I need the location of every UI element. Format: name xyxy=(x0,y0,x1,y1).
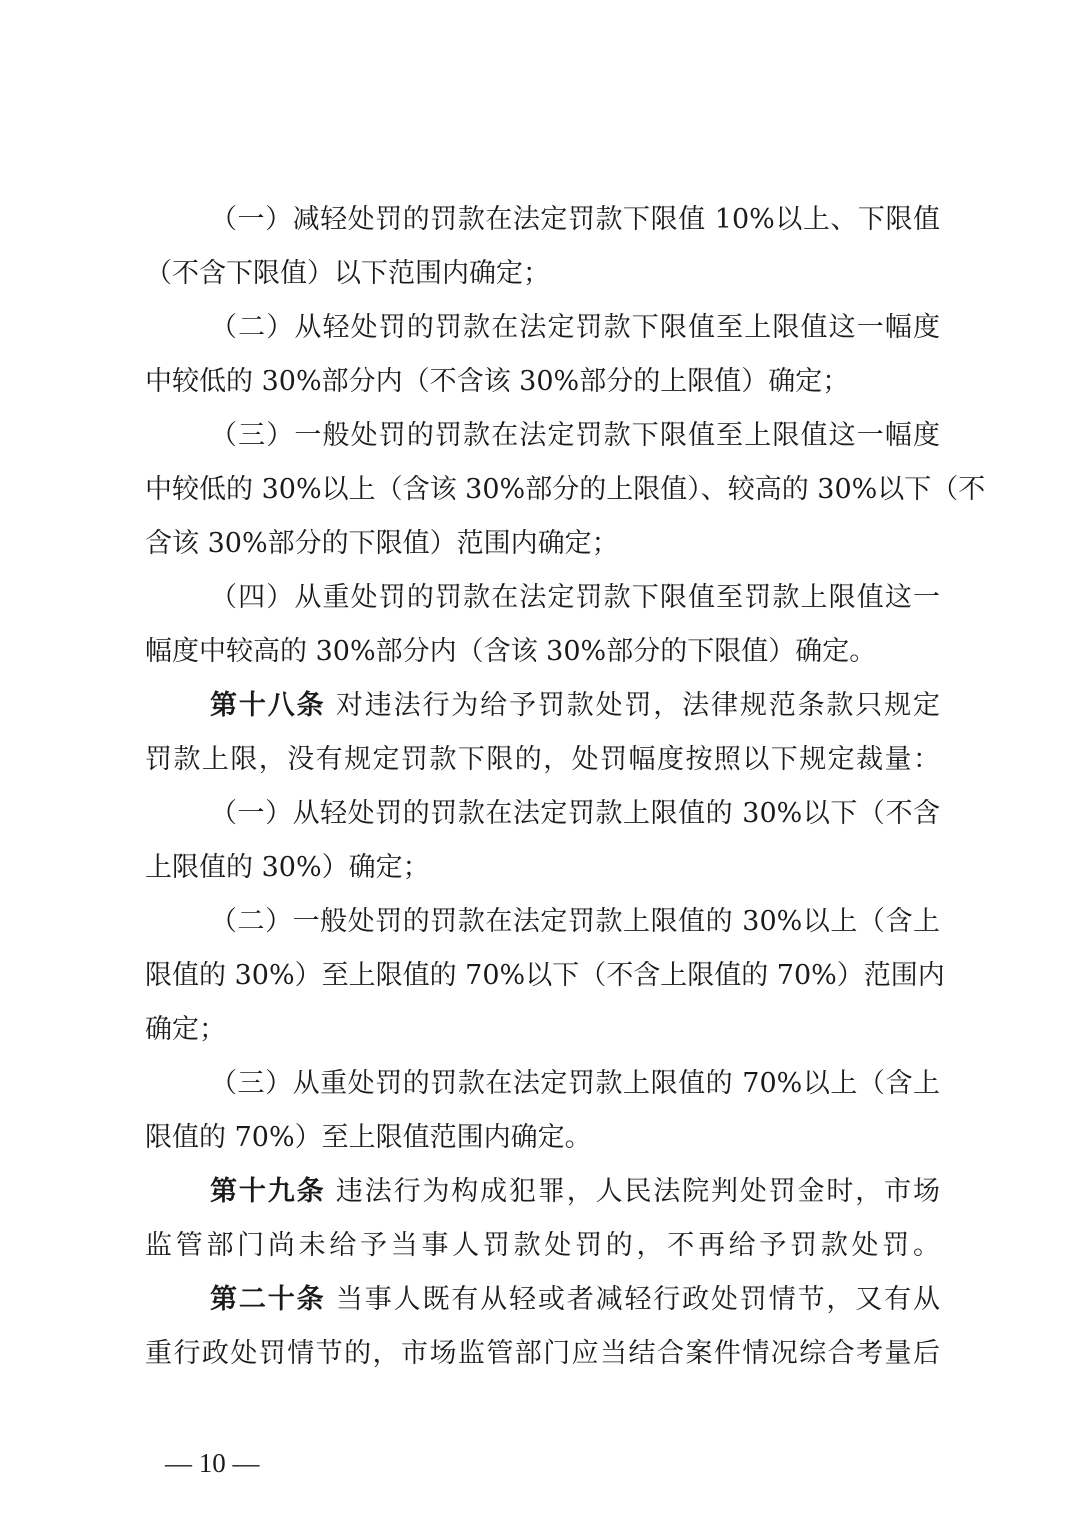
article-number: 第十九条 xyxy=(210,1176,325,1207)
line-text: 重行政处罚情节的，市场监管部门应当结合案件情况综合考量后 xyxy=(145,1338,940,1369)
article-heading-line: 第十九条 违法行为构成犯罪，人民法院判处罚金时，市场 xyxy=(210,1172,940,1212)
text-line: 重行政处罚情节的，市场监管部门应当结合案件情况综合考量后 xyxy=(145,1334,940,1374)
line-text: （一）从轻处罚的罚款在法定罚款上限值的 30%以下（不含 xyxy=(210,798,940,829)
text-line: 中较低的 30%部分内（不含该 30%部分的上限值）确定； xyxy=(145,362,940,402)
line-text: （四）从重处罚的罚款在法定罚款下限值至罚款上限值这一 xyxy=(210,582,940,613)
line-text: 中较低的 30%部分内（不含该 30%部分的上限值）确定； xyxy=(145,366,849,397)
text-line: （二）从轻处罚的罚款在法定罚款下限值至上限值这一幅度 xyxy=(210,308,940,348)
text-line: 罚款上限，没有规定罚款下限的，处罚幅度按照以下规定裁量： xyxy=(145,740,940,780)
text-line: （不含下限值）以下范围内确定； xyxy=(145,254,940,294)
text-line: （二）一般处罚的罚款在法定罚款上限值的 30%以上（含上 xyxy=(210,902,940,942)
document-page: （一）减轻处罚的罚款在法定罚款下限值 10%以上、下限值（不含下限值）以下范围内… xyxy=(0,0,1074,1520)
line-text: （一）减轻处罚的罚款在法定罚款下限值 10%以上、下限值 xyxy=(210,204,940,235)
article-number: 第二十条 xyxy=(210,1284,325,1315)
line-text: 对违法行为给予罚款处罚，法律规范条款只规定 xyxy=(325,690,940,721)
page-number: — 10 — xyxy=(165,1448,260,1479)
line-text: 当事人既有从轻或者减轻行政处罚情节，又有从 xyxy=(325,1284,940,1315)
line-text: （三）一般处罚的罚款在法定罚款下限值至上限值这一幅度 xyxy=(210,420,940,451)
line-text: （二）一般处罚的罚款在法定罚款上限值的 30%以上（含上 xyxy=(210,906,940,937)
text-line: 限值的 30%）至上限值的 70%以下（不含上限值的 70%）范围内 xyxy=(145,956,940,996)
text-line: 监管部门尚未给予当事人罚款处罚的，不再给予罚款处罚。 xyxy=(145,1226,940,1266)
article-number: 第十八条 xyxy=(210,690,325,721)
text-line: 确定； xyxy=(145,1010,940,1050)
line-text: （不含下限值）以下范围内确定； xyxy=(145,258,550,289)
line-text: 监管部门尚未给予当事人罚款处罚的，不再给予罚款处罚。 xyxy=(145,1230,940,1261)
text-line: 限值的 70%）至上限值范围内确定。 xyxy=(145,1118,940,1158)
line-text: （三）从重处罚的罚款在法定罚款上限值的 70%以上（含上 xyxy=(210,1068,940,1099)
line-text: 幅度中较高的 30%部分内（含该 30%部分的下限值）确定。 xyxy=(145,636,876,667)
line-text: 限值的 70%）至上限值范围内确定。 xyxy=(145,1122,592,1153)
text-line: 含该 30%部分的下限值）范围内确定； xyxy=(145,524,940,564)
text-line: （四）从重处罚的罚款在法定罚款下限值至罚款上限值这一 xyxy=(210,578,940,618)
text-line: （一）从轻处罚的罚款在法定罚款上限值的 30%以下（不含 xyxy=(210,794,940,834)
text-line: 上限值的 30%）确定； xyxy=(145,848,940,888)
line-text: 确定； xyxy=(145,1014,226,1045)
text-line: （一）减轻处罚的罚款在法定罚款下限值 10%以上、下限值 xyxy=(210,200,940,240)
line-text: 限值的 30%）至上限值的 70%以下（不含上限值的 70%）范围内 xyxy=(145,960,945,991)
line-text: 违法行为构成犯罪，人民法院判处罚金时，市场 xyxy=(325,1176,940,1207)
line-text: （二）从轻处罚的罚款在法定罚款下限值至上限值这一幅度 xyxy=(210,312,940,343)
text-line: 幅度中较高的 30%部分内（含该 30%部分的下限值）确定。 xyxy=(145,632,940,672)
line-text: 上限值的 30%）确定； xyxy=(145,852,430,883)
article-heading-line: 第二十条 当事人既有从轻或者减轻行政处罚情节，又有从 xyxy=(210,1280,940,1320)
line-text: 中较低的 30%以上（含该 30%部分的上限值）、较高的 30%以下（不 xyxy=(145,474,985,505)
text-line: （三）一般处罚的罚款在法定罚款下限值至上限值这一幅度 xyxy=(210,416,940,456)
line-text: 含该 30%部分的下限值）范围内确定； xyxy=(145,528,619,559)
article-heading-line: 第十八条 对违法行为给予罚款处罚，法律规范条款只规定 xyxy=(210,686,940,726)
text-line: （三）从重处罚的罚款在法定罚款上限值的 70%以上（含上 xyxy=(210,1064,940,1104)
text-line: 中较低的 30%以上（含该 30%部分的上限值）、较高的 30%以下（不 xyxy=(145,470,940,510)
line-text: 罚款上限，没有规定罚款下限的，处罚幅度按照以下规定裁量： xyxy=(145,744,940,775)
